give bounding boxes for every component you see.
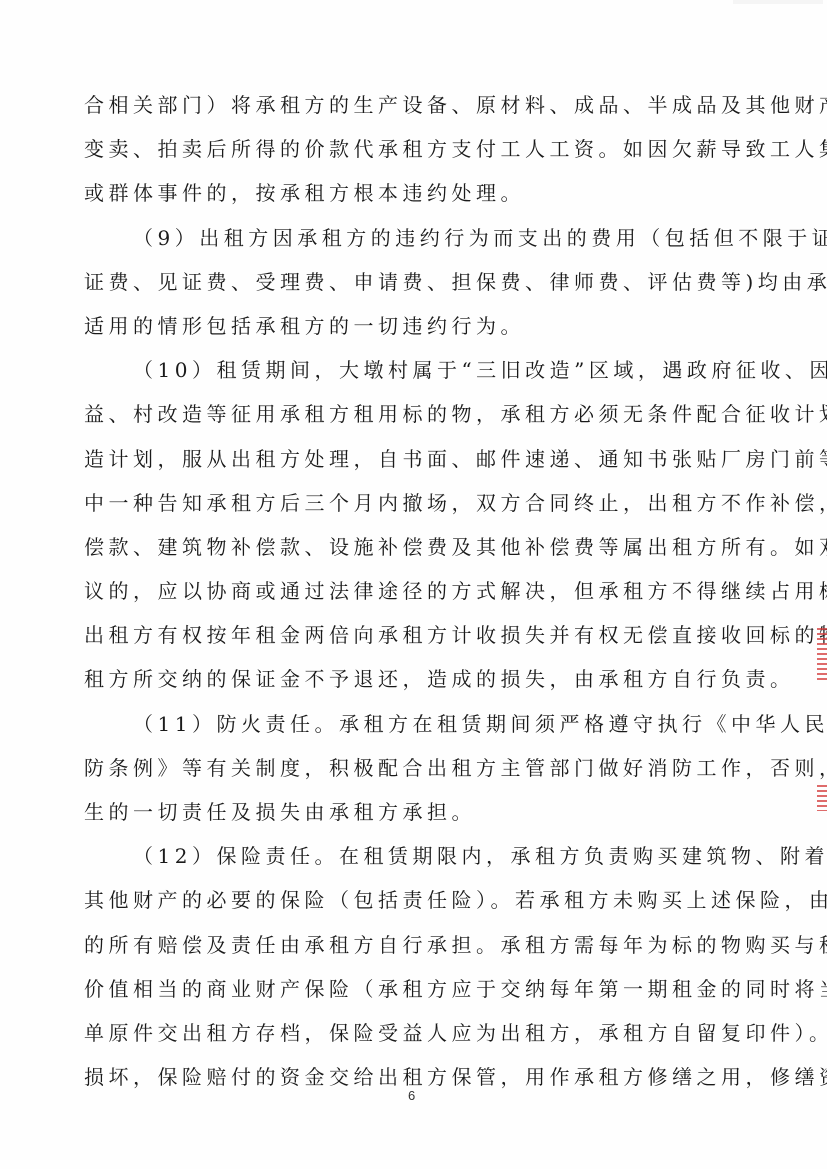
text-line: 合相关部门）将承租方的生产设备、原材料、成品、半成品及其他财产等保全、 [84, 83, 749, 127]
clause-12-start: （12）保险责任。在租赁期限内，承租方负责购买建筑物、附着物、设施、 [84, 834, 749, 878]
seal-stamp-fragment [817, 628, 827, 680]
text-line: 中一种告知承租方后三个月内撤场，双方合同终止，出租方不作补偿，征地补 [84, 481, 749, 525]
page-number: 6 [408, 1088, 415, 1103]
text-line: 防条例》等有关制度，积极配合出租方主管部门做好消防工作，否则，由此产 [84, 746, 749, 790]
text-line: 变卖、拍卖后所得的价款代承租方支付工人工资。如因欠薪导致工人集体上访 [84, 127, 749, 171]
text-line: 证费、见证费、受理费、申请费、担保费、律师费、评估费等)均由承租方承担； [84, 260, 749, 304]
text-line: 生的一切责任及损失由承租方承担。 [84, 790, 749, 834]
text-line: 或群体事件的，按承租方根本违约处理。 [84, 171, 749, 215]
contract-body-text: 合相关部门）将承租方的生产设备、原材料、成品、半成品及其他财产等保全、 变卖、拍… [84, 83, 749, 1099]
text-line: 适用的情形包括承租方的一切违约行为。 [84, 304, 749, 348]
text-line: 损坏，保险赔付的资金交给出租方保管，用作承租方修缮之用，修缮资金不足 [84, 1055, 749, 1099]
clause-11-start: （11）防火责任。承租方在租赁期间须严格遵守执行《中华人民共和国消 [84, 702, 749, 746]
text-line: 价值相当的商业财产保险（承租方应于交纳每年第一期租金的同时将当年保险 [84, 967, 749, 1011]
text-line: 偿款、建筑物补偿款、设施补偿费及其他补偿费等属出租方所有。如双方有争 [84, 525, 749, 569]
scan-artifact [733, 0, 823, 4]
text-line: 租方所交纳的保证金不予退还，造成的损失，由承租方自行负责。 [84, 657, 749, 701]
clause-10-start: （10）租赁期间，大墩村属于“三旧改造”区域，遇政府征收、因公共利 [84, 348, 749, 392]
text-line: 益、村改造等征用承租方租用标的物，承租方必须无条件配合征收计划或者改 [84, 392, 749, 436]
text-line: 其他财产的必要的保险（包括责任险）。若承租方未购买上述保险，由此而产生 [84, 878, 749, 922]
seal-stamp-fragment [817, 785, 827, 811]
text-line: 造计划，服从出租方处理，自书面、邮件速递、通知书张贴厂房门前等方式其 [84, 437, 749, 481]
text-line: 议的，应以协商或通过法律途径的方式解决，但承租方不得继续占用标的物， [84, 569, 749, 613]
text-line: 单原件交出租方存档，保险受益人应为出租方，承租方自留复印件）。如遇灾害 [84, 1011, 749, 1055]
text-line: 出租方有权按年租金两倍向承租方计收损失并有权无偿直接收回标的物，且承 [84, 613, 749, 657]
text-line: 的所有赔偿及责任由承租方自行承担。承租方需每年为标的物购买与租赁实际 [84, 923, 749, 967]
document-page: 合相关部门）将承租方的生产设备、原材料、成品、半成品及其他财产等保全、 变卖、拍… [0, 0, 827, 1169]
clause-9-start: （9）出租方因承租方的违约行为而支出的费用（包括但不限于证据保全公 [84, 216, 749, 260]
